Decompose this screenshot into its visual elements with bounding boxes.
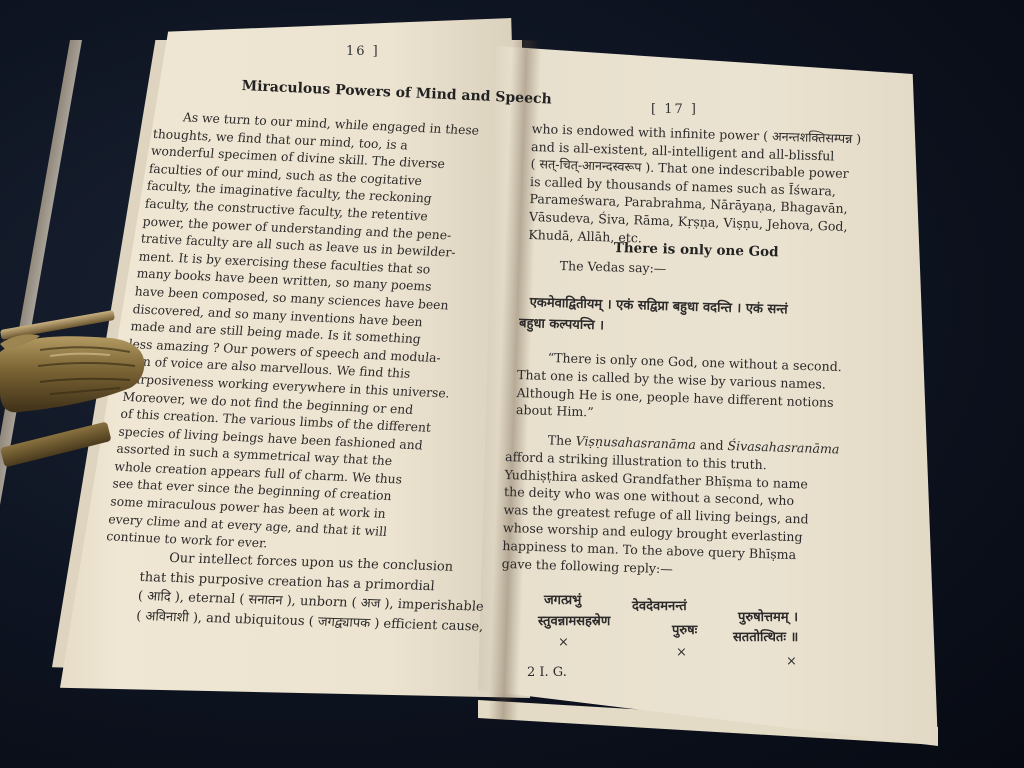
verse-mark-3: × xyxy=(786,654,797,669)
quote-translation: “There is only one God, one without a se… xyxy=(516,348,878,430)
verse-row1-col3: पुरुषोत्तमम् । xyxy=(738,607,798,625)
verse-row1-col2: देवदेवमनन्तं xyxy=(632,596,687,614)
verse-row1-col1: जगत्प्रभुं xyxy=(544,590,581,608)
left-paragraph-2: Our intellect forces upon us the conclus… xyxy=(135,548,491,637)
verse-mark-2: × xyxy=(676,645,687,660)
right-paragraph-1: who is endowed with infinite power ( अनन… xyxy=(528,120,892,254)
verse-mark-1: × xyxy=(558,635,569,650)
left-page-number: 16 ] xyxy=(346,44,380,59)
verse-row2-col3: सततोत्थितः ॥ xyxy=(733,627,798,645)
verse-row2-col1: स्तुवन्नामसहस्रेण xyxy=(538,611,610,629)
right-page-number: [ 17 ] xyxy=(651,102,698,117)
verse-row2-col2: पुरुषः xyxy=(672,620,697,638)
left-paragraph-1: As we turn to our mind, while engaged in… xyxy=(105,108,515,562)
right-paragraph-2: The Viṣṇusahasranāma and Śivasahasranāma… xyxy=(502,430,866,584)
vedas-intro: The Vedas say:— xyxy=(560,258,667,276)
brass-hand-bookmark-icon xyxy=(0,322,148,432)
photo-scene: 16 ] Miraculous Powers of Mind and Speec… xyxy=(0,0,1024,768)
signature-mark: 2 I. G. xyxy=(527,665,567,680)
